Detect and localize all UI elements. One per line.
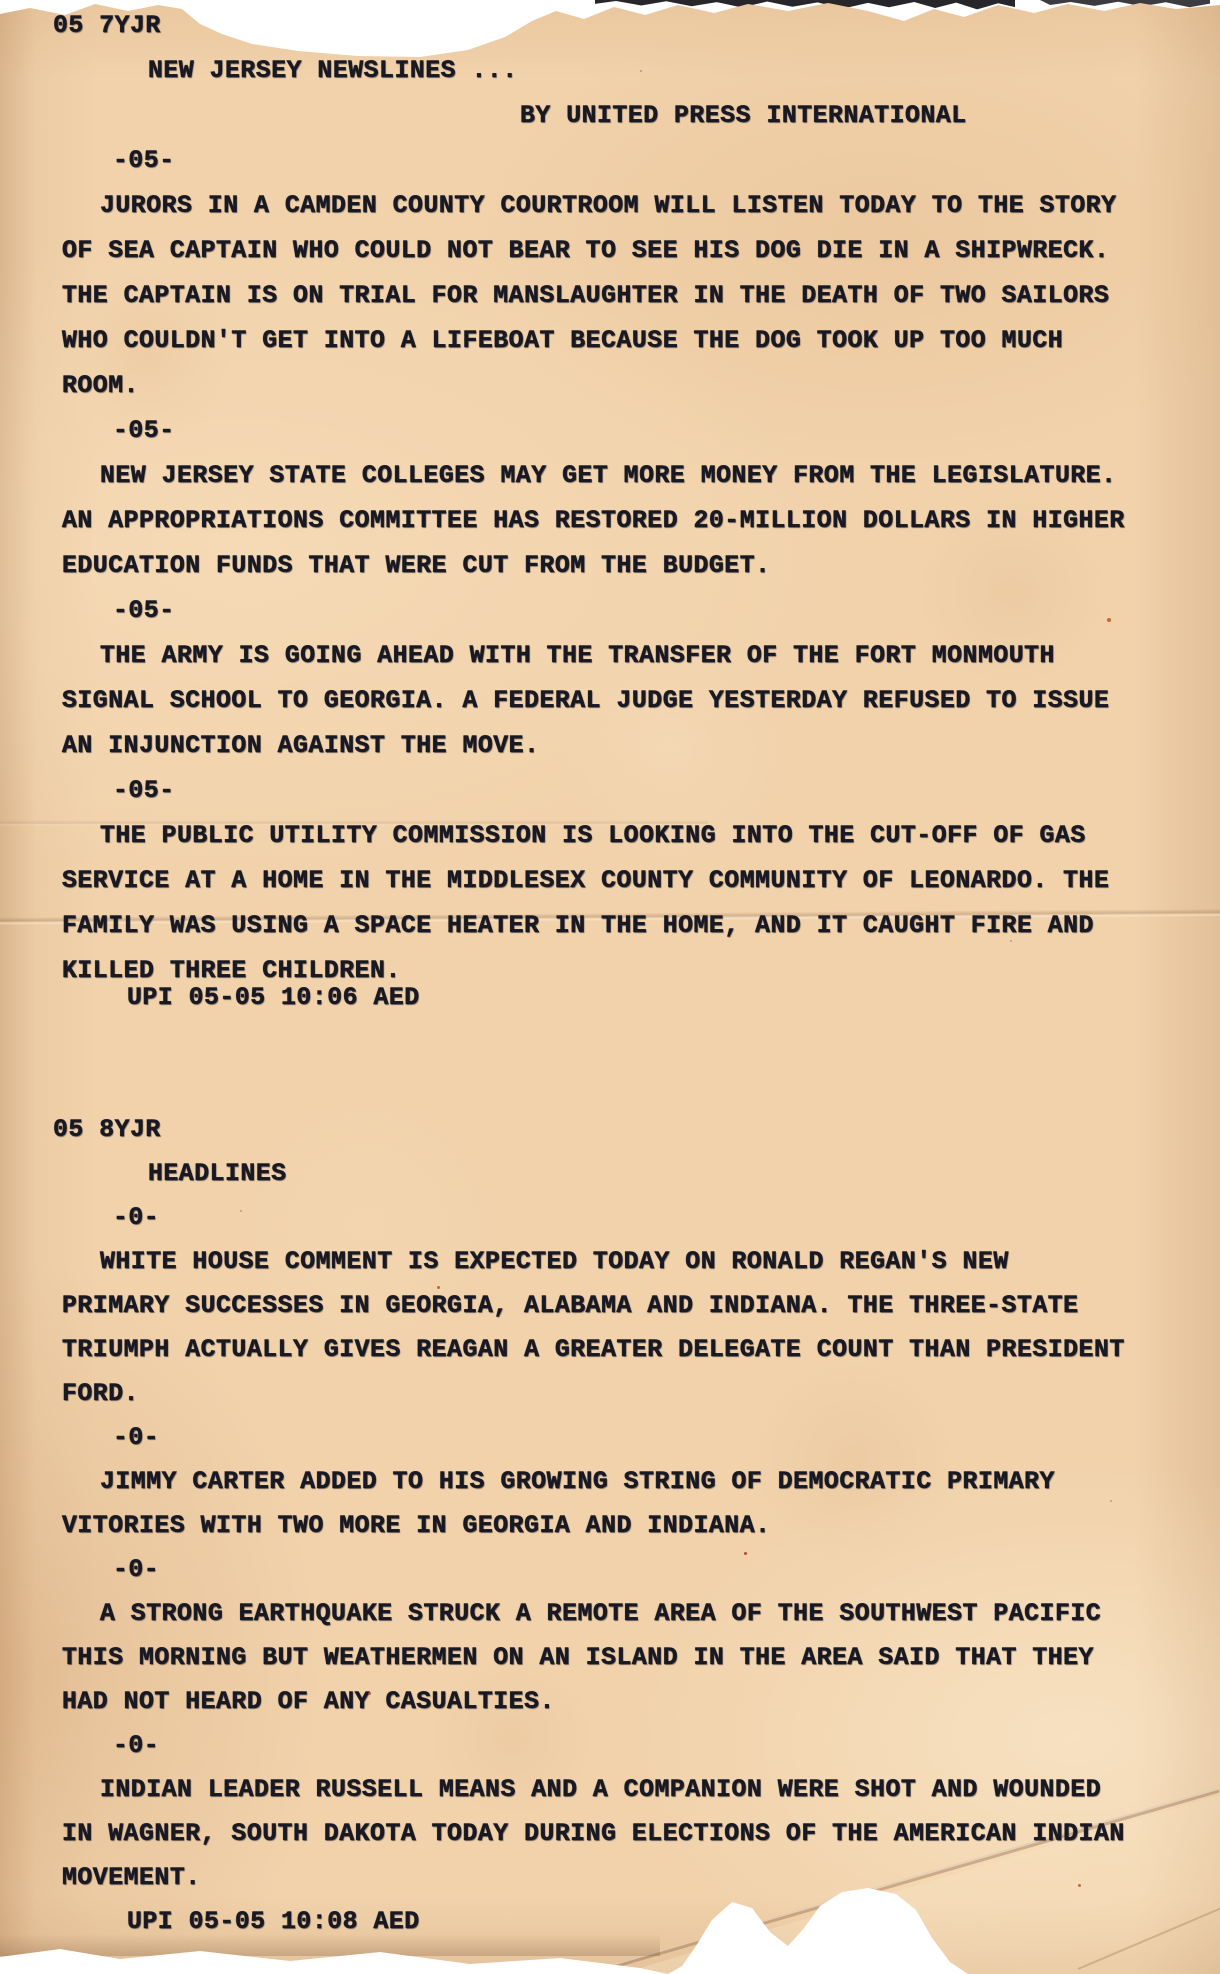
text-line: -05- — [0, 138, 1220, 183]
text-line: A STRONG EARTHQUAKE STRUCK A REMOTE AREA… — [0, 1592, 1220, 1636]
text-line: PRIMARY SUCCESSES IN GEORGIA, ALABAMA AN… — [0, 1284, 1220, 1328]
text-line: ROOM. — [0, 363, 1220, 408]
text-line: -05- — [0, 768, 1220, 813]
text-line: JURORS IN A CAMDEN COUNTY COURTROOM WILL… — [0, 183, 1220, 228]
text-line: MOVEMENT. — [0, 1856, 1220, 1900]
text-line: IN WAGNER, SOUTH DAKOTA TODAY DURING ELE… — [0, 1812, 1220, 1856]
text-line: NEW JERSEY NEWSLINES ... — [0, 48, 1220, 93]
text-line: SIGNAL SCHOOL TO GEORGIA. A FEDERAL JUDG… — [0, 678, 1220, 723]
text-line: EDUCATION FUNDS THAT WERE CUT FROM THE B… — [0, 543, 1220, 588]
text-line: UPI 05-05 10:06 AED — [0, 975, 1220, 1020]
text-line: INDIAN LEADER RUSSELL MEANS AND A COMPAN… — [0, 1768, 1220, 1812]
text-line: TRIUMPH ACTUALLY GIVES REAGAN A GREATER … — [0, 1328, 1220, 1372]
text-line: -0- — [0, 1196, 1220, 1240]
text-line: HEADLINES — [0, 1152, 1220, 1196]
text-line: 05 8YJR — [0, 1107, 1220, 1152]
text-line: BY UNITED PRESS INTERNATIONAL — [0, 93, 1220, 138]
text-line: THE ARMY IS GOING AHEAD WITH THE TRANSFE… — [0, 633, 1220, 678]
text-line: -05- — [0, 408, 1220, 453]
text-line: -0- — [0, 1416, 1220, 1460]
text-line: -0- — [0, 1548, 1220, 1592]
text-line: UPI 05-05 10:08 AED — [0, 1900, 1220, 1944]
text-line: THE CAPTAIN IS ON TRIAL FOR MANSLAUGHTER… — [0, 273, 1220, 318]
text-line: WHITE HOUSE COMMENT IS EXPECTED TODAY ON… — [0, 1240, 1220, 1284]
text-line: 05 7YJR — [0, 3, 1220, 48]
text-line: HAD NOT HEARD OF ANY CASUALTIES. — [0, 1680, 1220, 1724]
text-line: AN APPROPRIATIONS COMMITTEE HAS RESTORED… — [0, 498, 1220, 543]
text-line: VITORIES WITH TWO MORE IN GEORGIA AND IN… — [0, 1504, 1220, 1548]
text-line: -05- — [0, 588, 1220, 633]
text-line: NEW JERSEY STATE COLLEGES MAY GET MORE M… — [0, 453, 1220, 498]
text-line: FAMILY WAS USING A SPACE HEATER IN THE H… — [0, 903, 1220, 948]
text-line: AN INJUNCTION AGAINST THE MOVE. — [0, 723, 1220, 768]
document-lines: 05 7YJRNEW JERSEY NEWSLINES ...BY UNITED… — [0, 0, 1220, 1944]
text-line: THIS MORNING BUT WEATHERMEN ON AN ISLAND… — [0, 1636, 1220, 1680]
text-line: OF SEA CAPTAIN WHO COULD NOT BEAR TO SEE… — [0, 228, 1220, 273]
text-line: WHO COULDN'T GET INTO A LIFEBOAT BECAUSE… — [0, 318, 1220, 363]
scanned-page: 05 7YJRNEW JERSEY NEWSLINES ...BY UNITED… — [0, 0, 1220, 1974]
text-line: SERVICE AT A HOME IN THE MIDDLESEX COUNT… — [0, 858, 1220, 903]
text-line: JIMMY CARTER ADDED TO HIS GROWING STRING… — [0, 1460, 1220, 1504]
text-line: -0- — [0, 1724, 1220, 1768]
text-line: FORD. — [0, 1372, 1220, 1416]
text-line: THE PUBLIC UTILITY COMMISSION IS LOOKING… — [0, 813, 1220, 858]
